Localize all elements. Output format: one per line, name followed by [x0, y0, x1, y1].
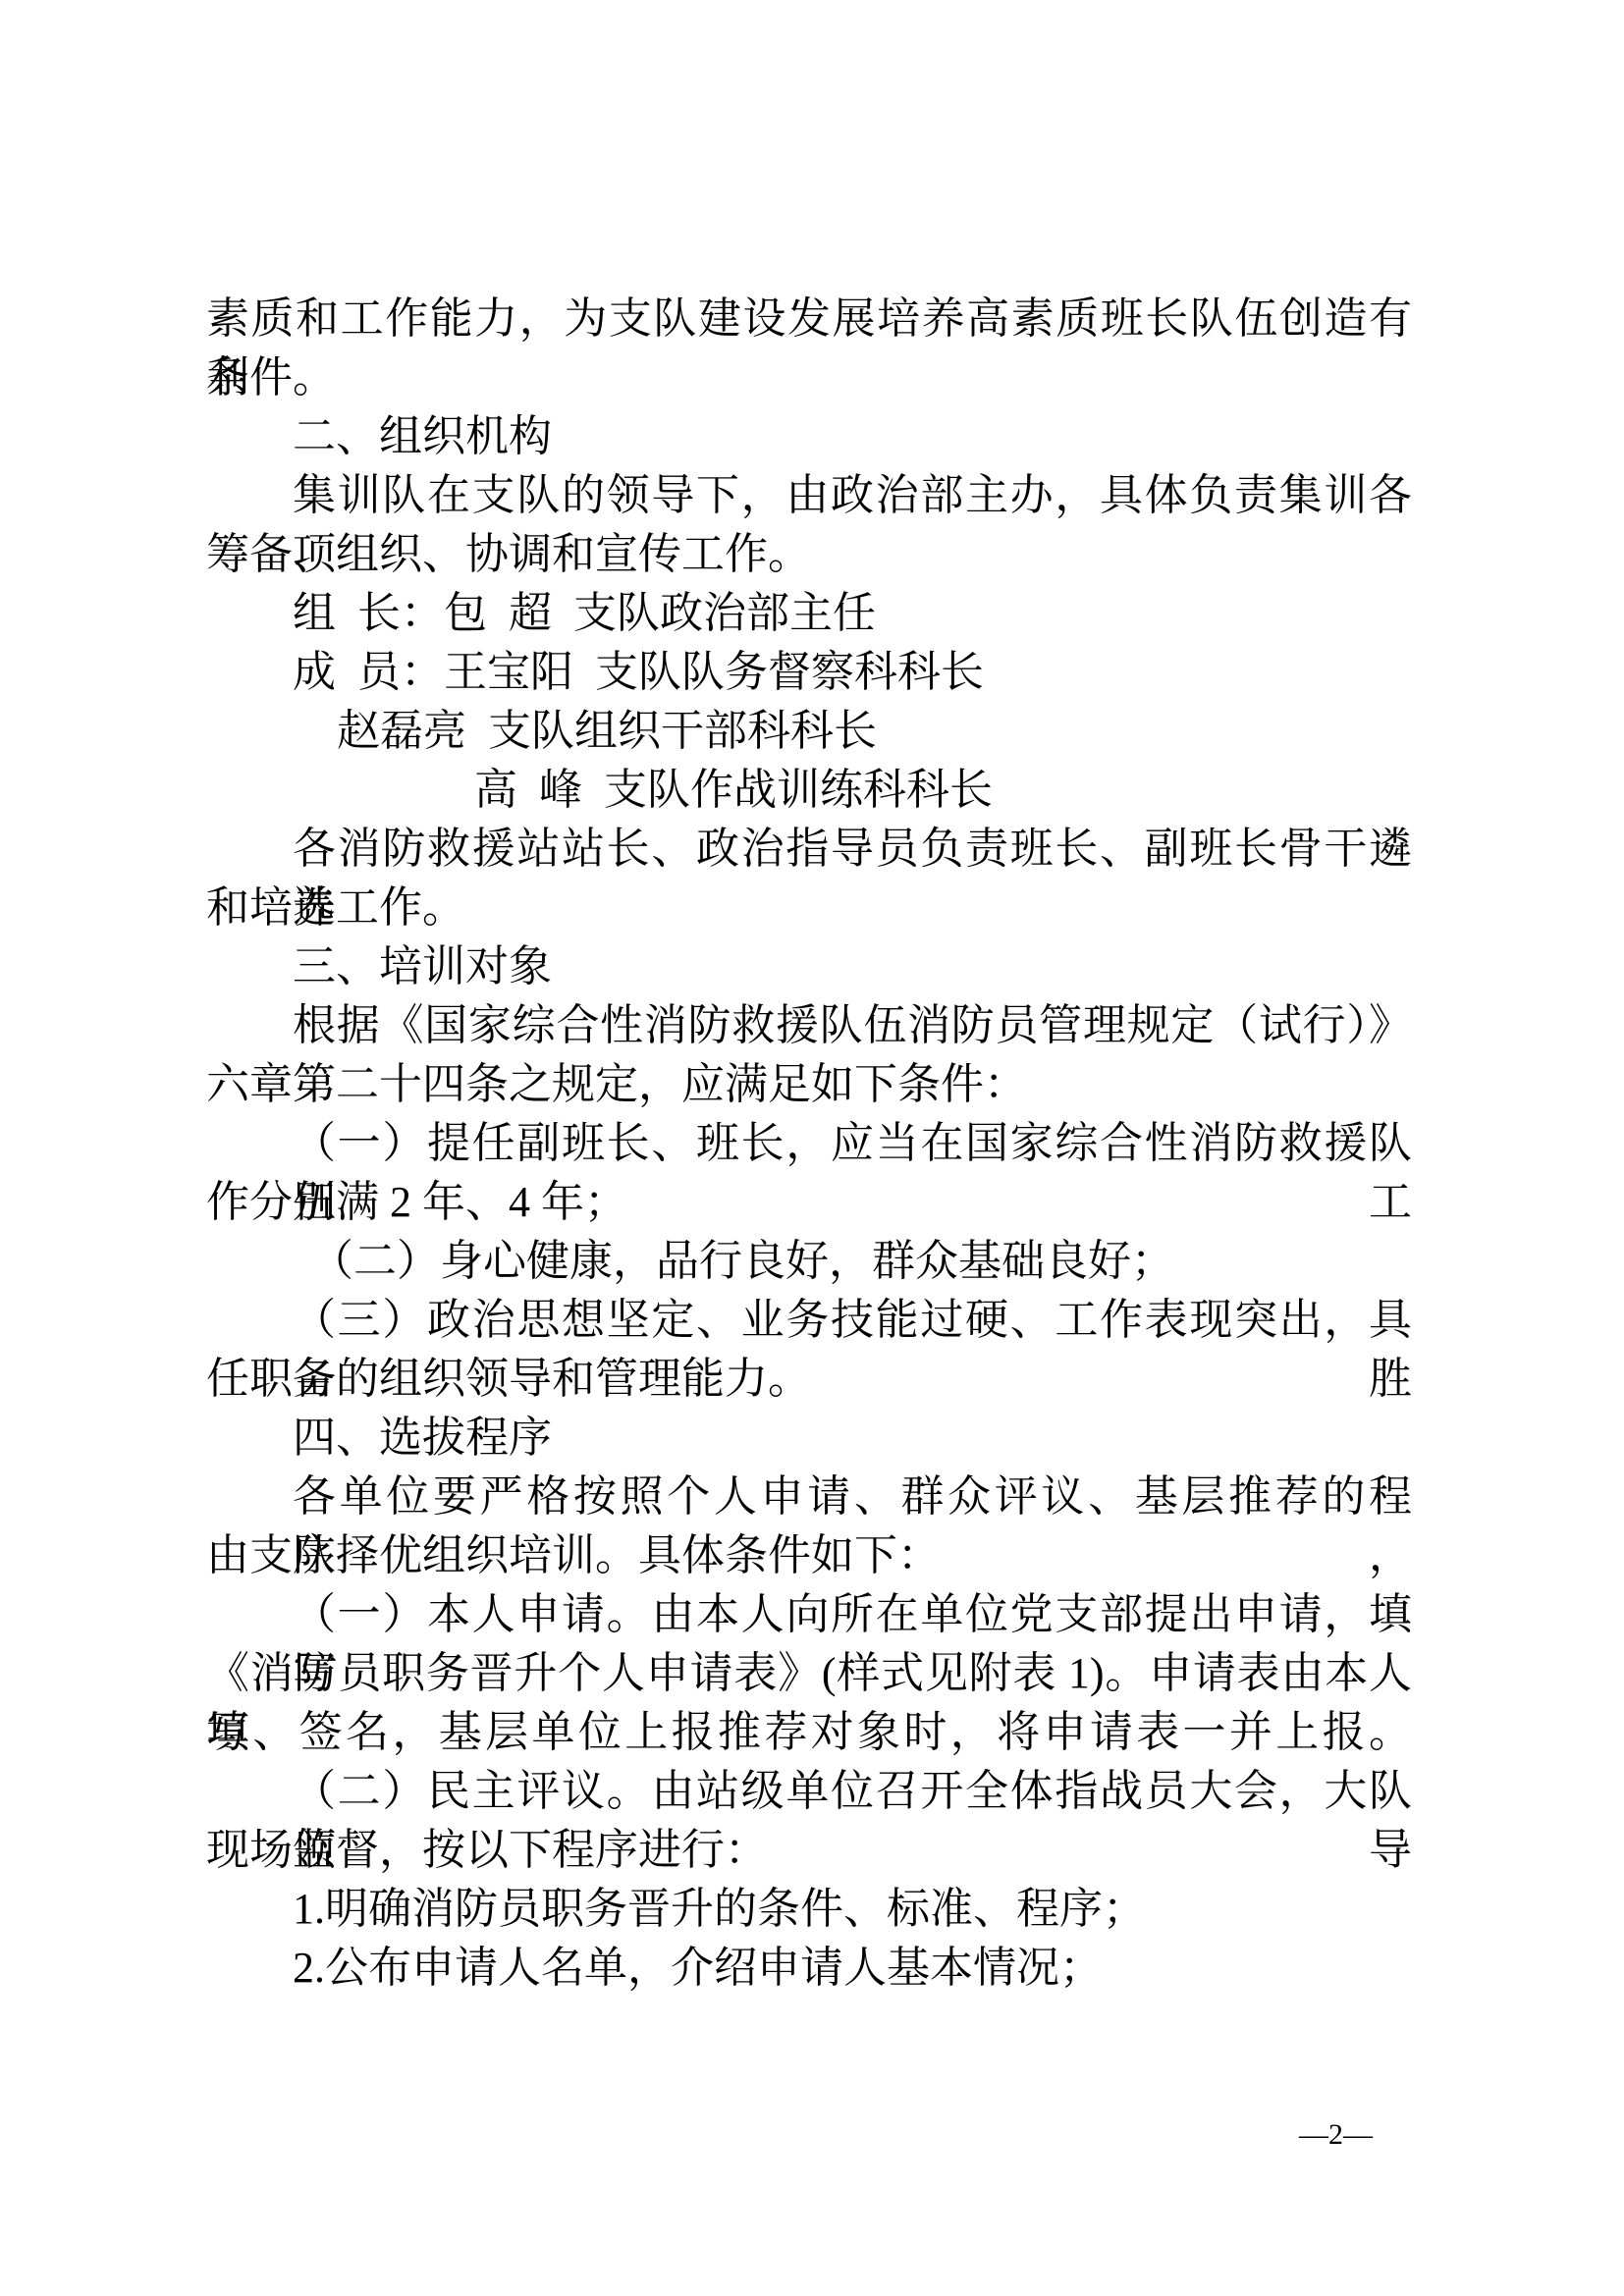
text-line: 素质和工作能力，为支队建设发展培养高素质班长队伍创造有利	[206, 290, 1412, 348]
text-line: 《消防员职务晋升个人申请表》(样式见附表 1)。申请表由本人填	[206, 1644, 1412, 1703]
document-body: 素质和工作能力，为支队建设发展培养高素质班长队伍创造有利 条件。 二、组织机构 …	[206, 290, 1412, 1998]
text-line: 和培养工作。	[206, 879, 1412, 937]
list-item: 1.明确消防员职务晋升的条件、标准、程序；	[206, 1880, 1412, 1939]
text-line: 各消防救援站站长、政治指导员负责班长、副班长骨干遴选	[206, 820, 1412, 879]
text-line: 条件。	[206, 348, 1412, 407]
text-line: 筹备、组织、协调和宣传工作。	[206, 525, 1412, 584]
text-line: 集训队在支队的领导下，由政治部主办，具体负责集训各项	[206, 466, 1412, 525]
text-line: （一）提任副班长、班长，应当在国家综合性消防救援队伍工	[206, 1114, 1412, 1173]
text-line: （二）民主评议。由站级单位召开全体指战员大会，大队领导	[206, 1762, 1412, 1821]
text-line: 各单位要严格按照个人申请、群众评议、基层推荐的程序，	[206, 1468, 1412, 1526]
text-line: （二）身心健康，品行良好，群众基础良好；	[206, 1232, 1412, 1291]
text-line: 根据《国家综合性消防救援队伍消防员管理规定（试行）》第	[206, 996, 1412, 1055]
text-line: 组 长：包 超 支队政治部主任	[206, 584, 1412, 643]
page-number: —2—	[1299, 2115, 1373, 2155]
text-line: （一）本人申请。由本人向所在单位党支部提出申请，填写	[206, 1585, 1412, 1644]
text-line: 成 员：王宝阳 支队队务督察科科长	[206, 643, 1412, 702]
list-item: 2.公布申请人名单，介绍申请人基本情况；	[206, 1939, 1412, 1998]
section-heading: 四、选拔程序	[206, 1409, 1412, 1468]
text-line: 高 峰 支队作战训练科科长	[206, 761, 1412, 820]
text-line: 六章第二十四条之规定，应满足如下条件：	[206, 1055, 1412, 1114]
text-line: （三）政治思想坚定、业务技能过硬、工作表现突出，具备胜	[206, 1291, 1412, 1350]
section-heading: 二、组织机构	[206, 407, 1412, 466]
text-line: 赵磊亮 支队组织干部科科长	[206, 702, 1412, 761]
section-heading: 三、培训对象	[206, 937, 1412, 996]
text-line: 写、签名，基层单位上报推荐对象时，将申请表一并上报。	[206, 1703, 1412, 1762]
document-page: 素质和工作能力，为支队建设发展培养高素质班长队伍创造有利 条件。 二、组织机构 …	[0, 0, 1624, 2296]
